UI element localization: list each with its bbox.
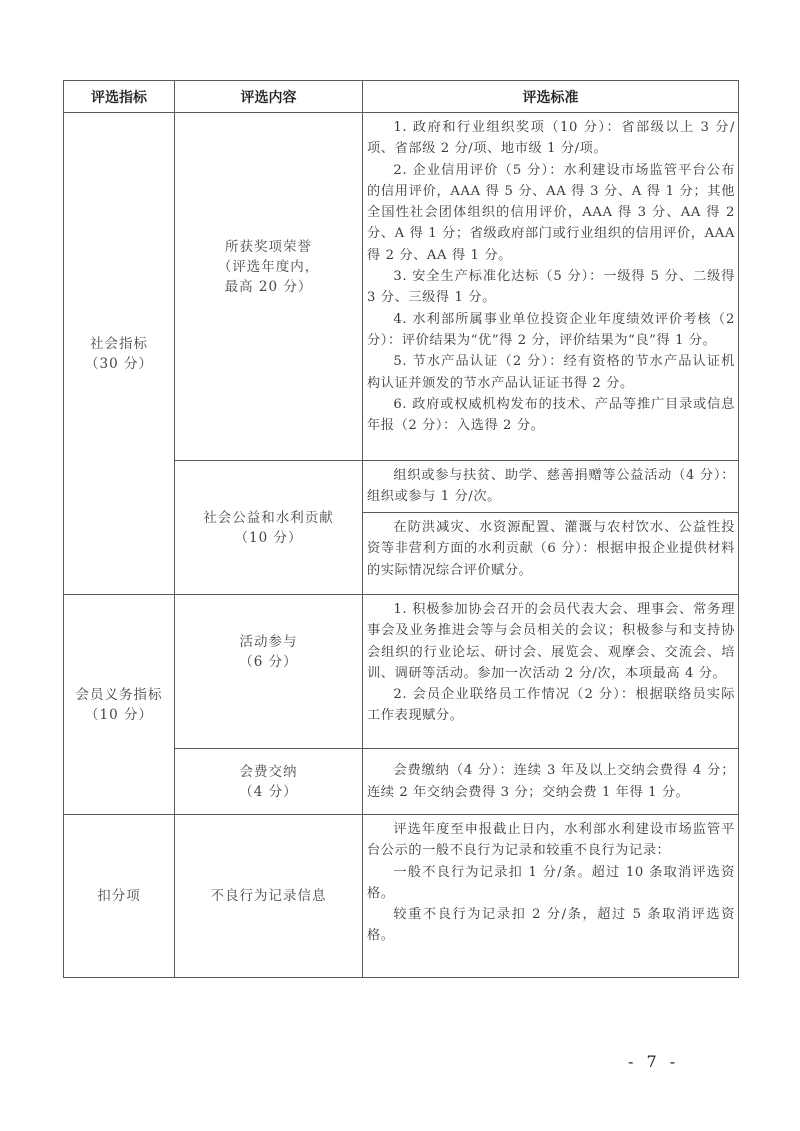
criteria-paragraph: 组织或参与扶贫、助学、慈善捐赠等公益活动（4 分）：组织或参与 1 分/次。 <box>367 465 735 508</box>
content-activity-participation: 活动参与 （6 分） <box>175 595 363 749</box>
content-note: 最高 20 分） <box>175 277 362 297</box>
criteria-water-contribution: 在防洪减灾、水资源配置、灌溉与农村饮水、公益性投资等非营利方面的水利贡献（6 分… <box>363 513 739 595</box>
content-label: 不良行为记录信息 <box>175 886 362 906</box>
indicator-label: 扣分项 <box>64 886 174 906</box>
criteria-paragraph: 2. 会员企业联络员工作情况（2 分）：根据联络员实际工作表现赋分。 <box>367 684 735 727</box>
criteria-paragraph: 较重不良行为记录扣 2 分/条，超过 5 条取消评选资格。 <box>367 904 735 947</box>
indicator-deductions: 扣分项 <box>64 815 175 978</box>
table-row: 社会指标 （30 分） 所获奖项荣誉 （评选年度内， 最高 20 分） 1. 政… <box>64 113 739 461</box>
indicator-member-duty: 会员义务指标 （10 分） <box>64 595 175 815</box>
indicator-score: （30 分） <box>64 354 174 374</box>
content-membership-fee: 会费交纳 （4 分） <box>175 749 363 815</box>
content-note: （评选年度内， <box>175 257 362 277</box>
criteria-paragraph: 4. 水利部所属事业单位投资企业年度绩效评价考核（2 分）：评价结果为“优”得 … <box>367 309 735 352</box>
criteria-paragraph: 1. 政府和行业组织奖项（10 分）：省部级以上 3 分/项、省部级 2 分/项… <box>367 117 735 160</box>
header-content: 评选内容 <box>175 81 363 113</box>
indicator-label: 会员义务指标 <box>64 685 174 705</box>
table-header-row: 评选指标 评选内容 评选标准 <box>64 81 739 113</box>
indicator-score: （10 分） <box>64 705 174 725</box>
criteria-activity-participation: 1. 积极参加协会召开的会员代表大会、理事会、常务理事会及业务推进会等与会员相关… <box>363 595 739 749</box>
criteria-public-welfare-activities: 组织或参与扶贫、助学、慈善捐赠等公益活动（4 分）：组织或参与 1 分/次。 <box>363 461 739 513</box>
criteria-membership-fee: 会费缴纳（4 分）：连续 3 年及以上交纳会费得 4 分；连续 2 年交纳会费得… <box>363 749 739 815</box>
criteria-paragraph: 在防洪减灾、水资源配置、灌溉与农村饮水、公益性投资等非营利方面的水利贡献（6 分… <box>367 517 735 581</box>
content-score: （10 分） <box>175 528 362 548</box>
content-label: 社会公益和水利贡献 <box>175 508 362 528</box>
criteria-paragraph: 评选年度至申报截止日内，水利部水利建设市场监管平台公示的一般不良行为记录和较重不… <box>367 819 735 862</box>
criteria-paragraph: 会费缴纳（4 分）：连续 3 年及以上交纳会费得 4 分；连续 2 年交纳会费得… <box>367 760 735 803</box>
header-indicator: 评选指标 <box>64 81 175 113</box>
table-row: 扣分项 不良行为记录信息 评选年度至申报截止日内，水利部水利建设市场监管平台公示… <box>64 815 739 978</box>
criteria-paragraph: 2. 企业信用评价（5 分）：水利建设市场监管平台公布的信用评价，AAA 得 5… <box>367 160 735 266</box>
content-score: （6 分） <box>175 652 362 672</box>
indicator-label: 社会指标 <box>64 334 174 354</box>
table-row: 会员义务指标 （10 分） 活动参与 （6 分） 1. 积极参加协会召开的会员代… <box>64 595 739 749</box>
criteria-paragraph: 3. 安全生产标准化达标（5 分）：一级得 5 分、二级得 3 分、三级得 1 … <box>367 266 735 309</box>
evaluation-criteria-table: 评选指标 评选内容 评选标准 社会指标 （30 分） 所获奖项荣誉 （评选年度内… <box>63 80 739 978</box>
criteria-paragraph: 一般不良行为记录扣 1 分/条。超过 10 条取消评选资格。 <box>367 862 735 905</box>
criteria-awards: 1. 政府和行业组织奖项（10 分）：省部级以上 3 分/项、省部级 2 分/项… <box>363 113 739 461</box>
criteria-paragraph: 6. 政府或权威机构发布的技术、产品等推广目录或信息年报（2 分）：入选得 2 … <box>367 394 735 437</box>
indicator-social: 社会指标 （30 分） <box>64 113 175 595</box>
criteria-paragraph: 5. 节水产品认证（2 分）：经有资格的节水产品认证机构认证并颁发的节水产品认证… <box>367 351 735 394</box>
content-label: 会费交纳 <box>175 762 362 782</box>
content-label: 所获奖项荣誉 <box>175 237 362 257</box>
content-label: 活动参与 <box>175 632 362 652</box>
content-public-welfare: 社会公益和水利贡献 （10 分） <box>175 461 363 595</box>
criteria-paragraph: 1. 积极参加协会召开的会员代表大会、理事会、常务理事会及业务推进会等与会员相关… <box>367 599 735 684</box>
criteria-bad-behavior-records: 评选年度至申报截止日内，水利部水利建设市场监管平台公示的一般不良行为记录和较重不… <box>363 815 739 978</box>
content-score: （4 分） <box>175 782 362 802</box>
content-bad-behavior-records: 不良行为记录信息 <box>175 815 363 978</box>
header-criteria: 评选标准 <box>363 81 739 113</box>
page-number: - 7 - <box>628 1052 679 1071</box>
content-awards: 所获奖项荣誉 （评选年度内， 最高 20 分） <box>175 113 363 461</box>
